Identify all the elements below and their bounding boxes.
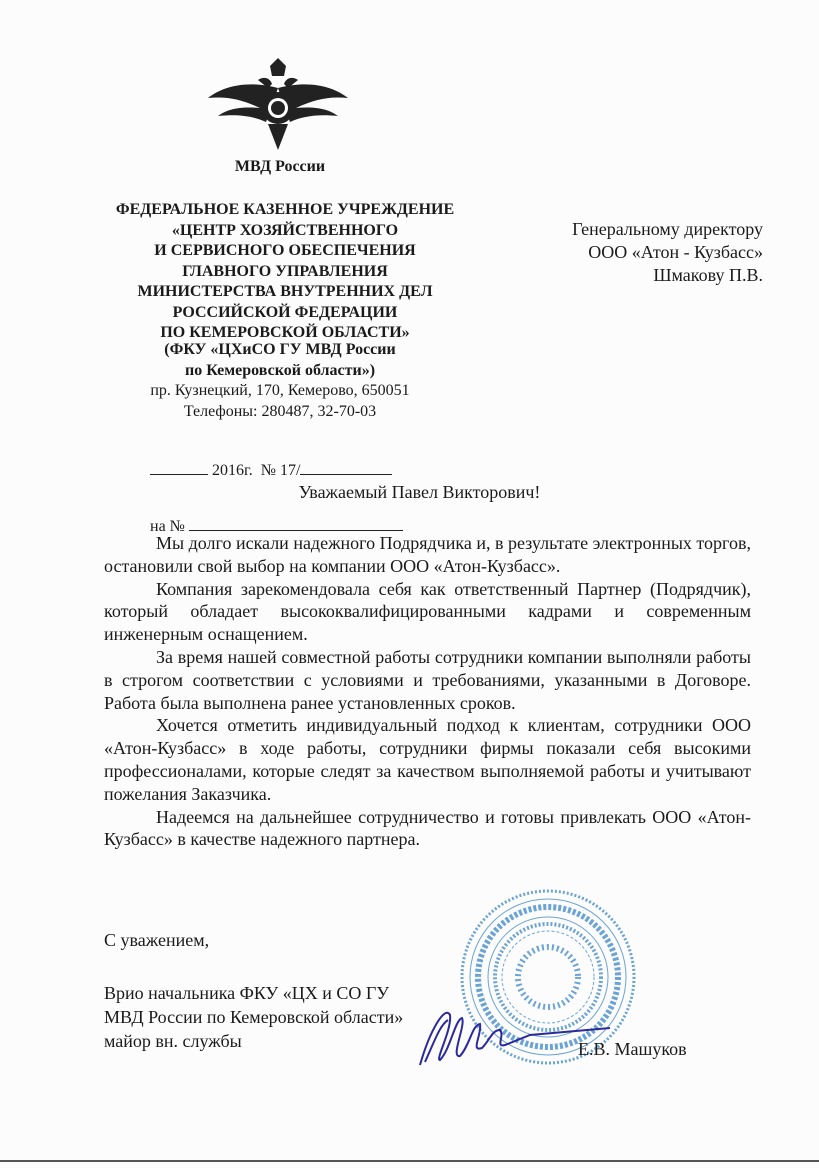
paragraph: За время нашей совместной работы сотрудн… <box>104 646 751 714</box>
paragraph: Компания зарекомендовала себя как ответс… <box>104 578 751 646</box>
title-line: Врио начальника ФКУ «ЦХ и СО ГУ <box>104 981 403 1005</box>
title-line: майор вн. службы <box>104 1029 403 1053</box>
recipient-line: Шмакову П.В. <box>520 264 763 287</box>
recipient-line: ООО «Атон - Кузбасс» <box>520 241 763 264</box>
address: пр. Кузнецкий, 170, Кемерово, 650051 <box>130 381 430 402</box>
page-edge-line <box>0 1160 819 1162</box>
letter-body: Мы долго искали надежного Подрядчика и, … <box>104 532 751 851</box>
emblem-icon <box>208 58 348 158</box>
ref-blank <box>189 516 403 531</box>
phones: Телефоны: 280487, 32-70-03 <box>130 402 430 423</box>
signatory-title: Врио начальника ФКУ «ЦХ и СО ГУ МВД Росс… <box>104 981 403 1053</box>
recipient-line: Генеральному директору <box>520 218 763 241</box>
org-line: И СЕРВИСНОГО ОБЕСПЕЧЕНИЯ <box>88 241 482 262</box>
recipient-block: Генеральному директору ООО «Атон - Кузба… <box>520 218 763 287</box>
org-line: ГЛАВНОГО УПРАВЛЕНИЯ <box>88 262 482 283</box>
org-line: РОССИЙСКОЙ ФЕДЕРАЦИИ <box>88 303 482 324</box>
signatory-name: Е.В. Машуков <box>578 1039 687 1060</box>
paragraph: Хочется отметить индивидуальный подход к… <box>104 714 751 805</box>
closing: С уважением, <box>104 930 209 951</box>
org-line: МИНИСТЕРСТВА ВНУТРЕННИХ ДЕЛ <box>88 282 482 303</box>
date-number: 2016г. № 17/ <box>212 462 300 479</box>
agency-name: МВД России <box>200 158 360 176</box>
paragraph: Мы долго искали надежного Подрядчика и, … <box>104 532 751 578</box>
short-name-line: (ФКУ «ЦХиСО ГУ МВД России <box>130 340 430 361</box>
greeting: Уважаемый Павел Викторович! <box>0 482 819 503</box>
paragraph: Надеемся на дальнейшее сотрудничество и … <box>104 806 751 852</box>
contact-block: пр. Кузнецкий, 170, Кемерово, 650051 Тел… <box>130 381 430 422</box>
short-name-line: по Кемеровской области») <box>130 361 430 382</box>
number-blank <box>300 460 392 475</box>
organization-name: ФЕДЕРАЛЬНОЕ КАЗЕННОЕ УЧРЕЖДЕНИЕ «ЦЕНТР Х… <box>88 200 482 344</box>
organization-short-name: (ФКУ «ЦХиСО ГУ МВД России по Кемеровской… <box>130 340 430 381</box>
title-line: МВД России по Кемеровской области» <box>104 1005 403 1029</box>
org-line: «ЦЕНТР ХОЗЯЙСТВЕННОГО <box>88 221 482 242</box>
date-blank <box>150 460 208 475</box>
org-line: ФЕДЕРАЛЬНОЕ КАЗЕННОЕ УЧРЕЖДЕНИЕ <box>88 200 482 221</box>
